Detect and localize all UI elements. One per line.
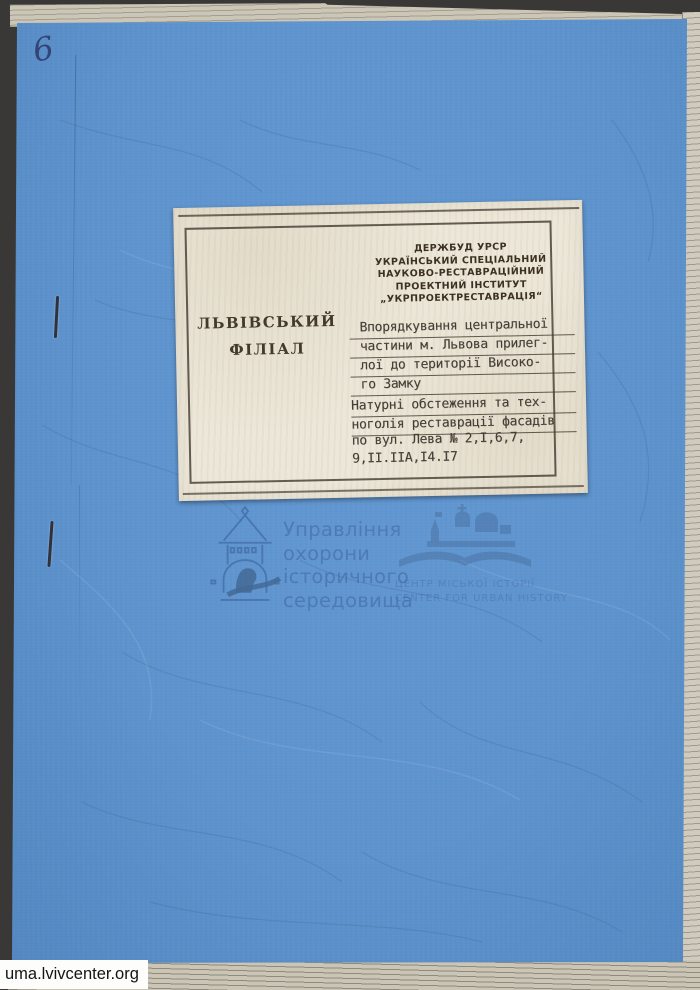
branch-line: ЛЬВІВСЬКИЙ — [189, 308, 345, 338]
typed-catalogue-label: ЛЬВІВСЬКИЙ ФІЛІАЛ ДЕРЖБУД УРСР УКРАЇНСЬК… — [173, 200, 588, 501]
watermark-line: Center for Urban History — [395, 592, 545, 606]
label-right-column: ДЕРЖБУД УРСР УКРАЇНСЬКИЙ СПЕЦІАЛЬНИЙ НАУ… — [348, 240, 577, 469]
folder-cover: 6 Управління охорони істо — [0, 0, 700, 990]
project-subtitle: Натурні обстеження та тех- ноголія реста… — [351, 394, 577, 470]
project-title: Впорядкування центральної частини м. Льв… — [349, 316, 575, 397]
title-line: го Замку — [351, 373, 576, 397]
branch-name: ЛЬВІВСЬКИЙ ФІЛІАЛ — [189, 308, 345, 365]
tower-logo-icon — [209, 506, 281, 604]
archive-url-badge: uma.lvivcenter.org — [0, 960, 148, 989]
urban-history-watermark: ЦЕНТР МІСЬКОЇ ІСТОРІЇ Center for Urban H… — [385, 494, 545, 606]
branch-line: ФІЛІАЛ — [190, 335, 346, 365]
cover-crease — [79, 485, 80, 715]
institution-header: ДЕРЖБУД УРСР УКРАЇНСЬКИЙ СПЕЦІАЛЬНИЙ НАУ… — [348, 240, 574, 307]
urban-history-watermark-text: ЦЕНТР МІСЬКОЇ ІСТОРІЇ Center for Urban H… — [385, 578, 545, 606]
archive-url-text: uma.lvivcenter.org — [5, 965, 139, 984]
church-book-logo-icon — [385, 494, 545, 580]
watermark-line: ЦЕНТР МІСЬКОЇ ІСТОРІЇ — [395, 578, 545, 592]
archival-scan: 6 Управління охорони істо — [0, 0, 700, 990]
